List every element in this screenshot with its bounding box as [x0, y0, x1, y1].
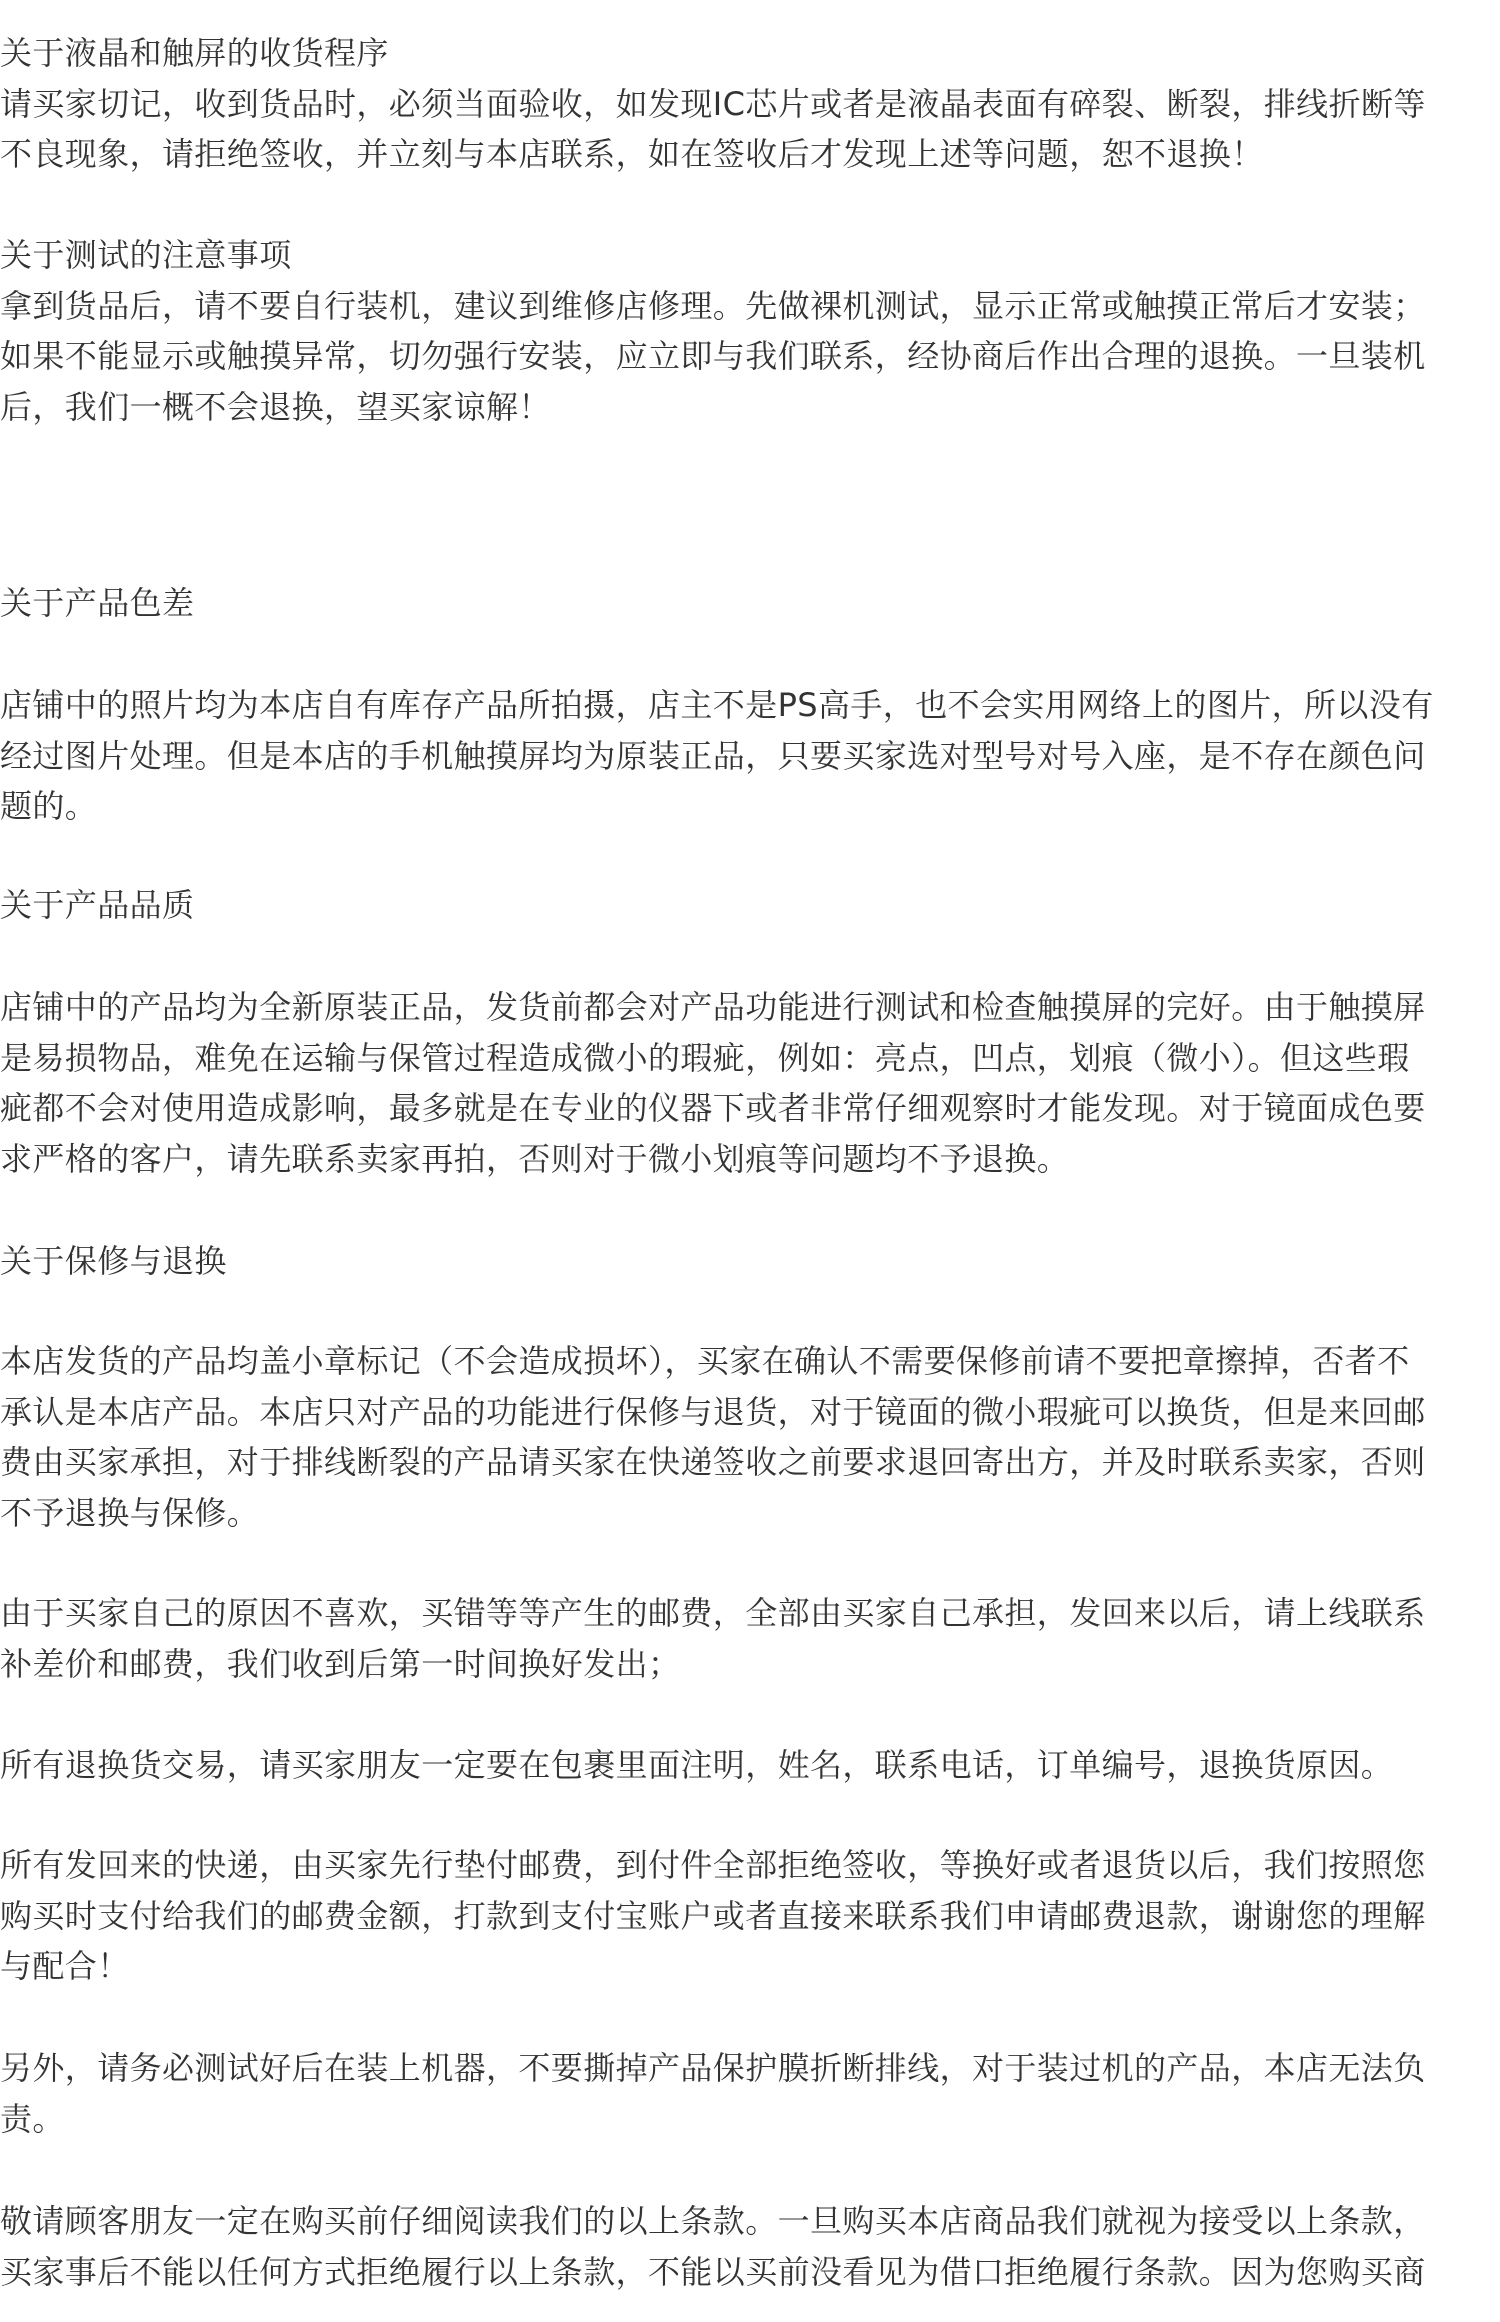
paragraph-line: 敬请顾客朋友一定在购买前仔细阅读我们的以上条款。一旦购买本店商品我们就视为接受以…: [0, 2196, 1500, 2247]
section-warranty-returns: 关于保修与退换: [0, 1236, 1500, 1287]
paragraph-buyer-shipping: 由于买家自己的原因不喜欢，买错等等产生的邮费，全部由买家自己承担，发回来以后，请…: [0, 1588, 1500, 1689]
section-text-line: 店铺中的产品均为全新原装正品，发货前都会对产品功能进行测试和检查触摸屏的完好。由…: [0, 982, 1500, 1033]
paragraph-terms-acceptance: 敬请顾客朋友一定在购买前仔细阅读我们的以上条款。一旦购买本店商品我们就视为接受以…: [0, 2196, 1500, 2297]
paragraph-line: 所有发回来的快递，由买家先行垫付邮费，到付件全部拒绝签收，等换好或者退货以后，我…: [0, 1840, 1500, 1891]
section-text-line: 拿到货品后，请不要自行装机，建议到维修店修理。先做裸机测试，显示正常或触摸正常后…: [0, 281, 1500, 332]
section-text-line: 费由买家承担，对于排线断裂的产品请买家在快递签收之前要求退回寄出方，并及时联系卖…: [0, 1437, 1500, 1488]
section-text-line: 是易损物品，难免在运输与保管过程造成微小的瑕疵，例如：亮点，凹点，划痕（微小）。…: [0, 1033, 1500, 1084]
section-receiving: 关于液晶和触屏的收货程序 请买家切记，收到货品时，必须当面验收，如发现IC芯片或…: [0, 28, 1500, 180]
section-heading: 关于产品品质: [0, 880, 1500, 931]
paragraph-installation-warning: 另外，请务必测试好后在装上机器，不要撕掉产品保护膜折断排线，对于装过机的产品，本…: [0, 2043, 1500, 2144]
section-color-difference: 关于产品色差: [0, 578, 1500, 629]
section-text-line: 店铺中的照片均为本店自有库存产品所拍摄，店主不是PS高手，也不会实用网络上的图片…: [0, 680, 1500, 731]
paragraph-line: 买家事后不能以任何方式拒绝履行以上条款，不能以买前没看见为借口拒绝履行条款。因为…: [0, 2247, 1500, 2298]
paragraph-line: 所有退换货交易，请买家朋友一定要在包裹里面注明，姓名，联系电话，订单编号，退换货…: [0, 1740, 1500, 1791]
section-text-line: 后，我们一概不会退换，望买家谅解！: [0, 382, 1500, 433]
section-text-line: 不良现象，请拒绝签收，并立刻与本店联系，如在签收后才发现上述等问题，恕不退换！: [0, 129, 1500, 180]
section-text-line: 承认是本店产品。本店只对产品的功能进行保修与退货，对于镜面的微小瑕疵可以换货，但…: [0, 1387, 1500, 1438]
section-text-line: 题的。: [0, 781, 1500, 832]
section-testing: 关于测试的注意事项 拿到货品后，请不要自行装机，建议到维修店修理。先做裸机测试，…: [0, 230, 1500, 432]
section-text-line: 如果不能显示或触摸异常，切勿强行安装，应立即与我们联系，经协商后作出合理的退换。…: [0, 331, 1500, 382]
section-text-line: 请买家切记，收到货品时，必须当面验收，如发现IC芯片或者是液晶表面有碎裂、断裂，…: [0, 79, 1500, 130]
section-heading: 关于液晶和触屏的收货程序: [0, 28, 1500, 79]
paragraph-line: 购买时支付给我们的邮费金额，打款到支付宝账户或者直接来联系我们申请邮费退款，谢谢…: [0, 1891, 1500, 1942]
paragraph-line: 另外，请务必测试好后在装上机器，不要撕掉产品保护膜折断排线，对于装过机的产品，本…: [0, 2043, 1500, 2094]
section-quality-body: 店铺中的产品均为全新原装正品，发货前都会对产品功能进行测试和检查触摸屏的完好。由…: [0, 982, 1500, 1184]
paragraph-line: 由于买家自己的原因不喜欢，买错等等产生的邮费，全部由买家自己承担，发回来以后，请…: [0, 1588, 1500, 1639]
section-text-line: 经过图片处理。但是本店的手机触摸屏均为原装正品，只要买家选对型号对号入座，是不存…: [0, 731, 1500, 782]
section-warranty-returns-body: 本店发货的产品均盖小章标记（不会造成损坏），买家在确认不需要保修前请不要把章擦掉…: [0, 1336, 1500, 1538]
section-text-line: 求严格的客户，请先联系卖家再拍，否则对于微小划痕等问题均不予退换。: [0, 1134, 1500, 1185]
section-text-line: 疵都不会对使用造成影响，最多就是在专业的仪器下或者非常仔细观察时才能发现。对于镜…: [0, 1083, 1500, 1134]
paragraph-postage-refund: 所有发回来的快递，由买家先行垫付邮费，到付件全部拒绝签收，等换好或者退货以后，我…: [0, 1840, 1500, 1992]
section-text-line: 本店发货的产品均盖小章标记（不会造成损坏），买家在确认不需要保修前请不要把章擦掉…: [0, 1336, 1500, 1387]
paragraph-line: 责。: [0, 2094, 1500, 2145]
section-heading: 关于测试的注意事项: [0, 230, 1500, 281]
paragraph-line: 补差价和邮费，我们收到后第一时间换好发出；: [0, 1639, 1500, 1690]
section-quality: 关于产品品质: [0, 880, 1500, 931]
section-heading: 关于产品色差: [0, 578, 1500, 629]
paragraph-line: 与配合！: [0, 1941, 1500, 1992]
section-heading: 关于保修与退换: [0, 1236, 1500, 1287]
paragraph-return-info: 所有退换货交易，请买家朋友一定要在包裹里面注明，姓名，联系电话，订单编号，退换货…: [0, 1740, 1500, 1791]
section-color-difference-body: 店铺中的照片均为本店自有库存产品所拍摄，店主不是PS高手，也不会实用网络上的图片…: [0, 680, 1500, 832]
section-text-line: 不予退换与保修。: [0, 1488, 1500, 1539]
